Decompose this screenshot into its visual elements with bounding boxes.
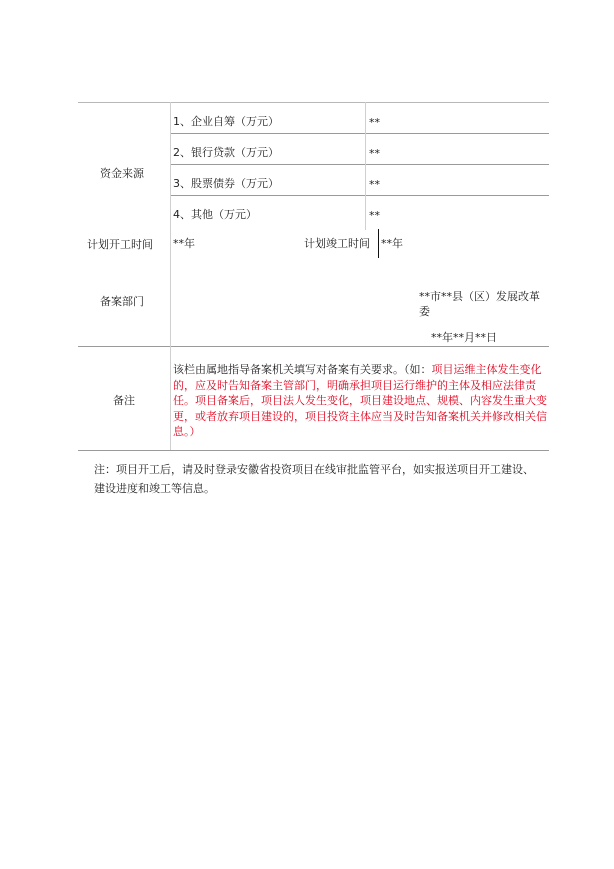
planned-completion-label: 计划竣工时间	[304, 237, 370, 251]
remarks-text-intro: 该栏由属地指导备案机关填写对备案有关要求。（如：	[173, 363, 432, 376]
funding-value-self-raised: **	[369, 116, 380, 130]
funding-value-other: **	[369, 209, 380, 223]
value-column-divider	[365, 102, 366, 230]
filing-dept-name-line1: **市**县（区）发展改革	[419, 290, 540, 304]
funding-item-self-raised: 1、企业自筹（万元）	[173, 115, 279, 129]
funding-value-bank-loan: **	[369, 147, 380, 161]
text-cursor-bar	[378, 229, 379, 258]
funding-value-stocks-bonds: **	[369, 178, 380, 192]
remarks-label: 备注	[113, 394, 135, 408]
funding-item-stocks-bonds: 3、股票债券（万元）	[173, 177, 279, 191]
table-bottom-border	[78, 450, 549, 451]
planned-start-label: 计划开工时间	[87, 238, 153, 252]
label-column-divider	[170, 102, 171, 450]
row-divider	[78, 346, 549, 347]
row-divider	[170, 195, 549, 196]
row-divider	[170, 133, 549, 134]
planned-start-value: **年	[173, 237, 195, 251]
planned-completion-value: **年	[381, 237, 403, 251]
funding-item-bank-loan: 2、银行贷款（万元）	[173, 146, 279, 160]
remarks-text: 该栏由属地指导备案机关填写对备案有关要求。（如：项目运维主体发生变化的，应及时告…	[173, 362, 549, 440]
filing-dept-name-line2: 委	[419, 305, 430, 319]
row-divider	[170, 164, 549, 165]
funding-source-label: 资金来源	[100, 167, 144, 181]
filing-dept-label: 备案部门	[100, 295, 144, 309]
filing-date: **年**月**日	[431, 331, 497, 345]
funding-item-other: 4、其他（万元）	[173, 208, 257, 222]
table-top-border	[78, 102, 549, 103]
footnote: 注：项目开工后，请及时登录安徽省投资项目在线审批监管平台，如实报送项目开工建设、…	[94, 460, 534, 498]
